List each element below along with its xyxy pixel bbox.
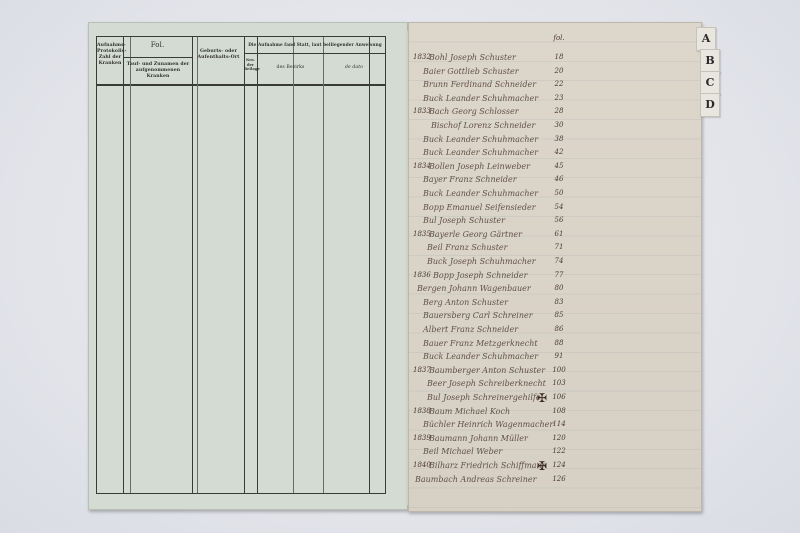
entry-name: Beer Joseph Schreiberknecht	[427, 379, 546, 388]
entry-name: Buck Joseph Schuhmacher	[427, 257, 536, 266]
entry-name: Bergen Johann Wagenbauer	[417, 284, 531, 293]
entry-folio-number: 71	[552, 243, 566, 251]
entry-name: Beil Michael Weber	[423, 447, 502, 456]
entry-year: 1836	[413, 271, 431, 279]
ledger-table: Aufnahms-Protokolls-Zahl der Kranken Fol…	[96, 36, 386, 494]
entry-folio-number: 88	[552, 339, 566, 347]
entry-name: Baumann Johann Müller	[429, 434, 528, 443]
column-divider	[197, 37, 198, 493]
entry-folio-number: 38	[552, 135, 566, 143]
column-divider	[192, 37, 193, 493]
entry-name: Baumberger Anton Schuster	[429, 366, 545, 375]
entry-name: Bopp Joseph Schneider	[433, 271, 527, 280]
index-tab-b[interactable]: B	[700, 49, 720, 73]
entry-folio-number: 103	[552, 379, 566, 387]
entry-name: Beil Franz Schuster	[427, 243, 507, 252]
entry-name: Bopp Emanuel Seifensieder	[423, 203, 536, 212]
entry-folio-number: 108	[552, 407, 566, 415]
column-divider	[130, 37, 131, 493]
entry-name: Bul Joseph Schuster	[423, 216, 505, 225]
entry-folio-number: 83	[552, 298, 566, 306]
entry-folio-number: 56	[552, 216, 566, 224]
index-tab-c[interactable]: C	[700, 71, 720, 95]
entry-folio-number: 20	[552, 67, 566, 75]
column-divider	[123, 37, 124, 493]
column-divider	[293, 37, 294, 493]
header-name: Tauf- und Zunamen der aufgenommenen Kran…	[125, 62, 191, 80]
entry-folio-number: 122	[552, 447, 566, 455]
header-enclosure-no: Nro. der Beilage	[244, 58, 257, 72]
entry-folio-number: 46	[552, 175, 566, 183]
entry-folio-number: 54	[552, 203, 566, 211]
entry-name: Baum Michael Koch	[429, 407, 510, 416]
entry-name: Bul Joseph Schreinergehilfe	[427, 393, 541, 402]
entry-name: Berg Anton Schuster	[423, 298, 508, 307]
header-admission-group: Die Aufnahme fand Statt, laut beiliegend…	[245, 42, 385, 48]
entry-name: Buck Leander Schuhmacher	[423, 94, 538, 103]
entry-folio-number: 42	[552, 148, 566, 156]
entry-folio-number: 18	[552, 53, 566, 61]
entry-folio-number: 45	[552, 162, 566, 170]
entry-name: Bollen Joseph Leinweber	[429, 162, 530, 171]
left-page-printed-form: Aufnahms-Protokolls-Zahl der Kranken Fol…	[88, 22, 408, 510]
entry-folio-number: 22	[552, 80, 566, 88]
header-birthplace: Geburts- oder Aufenthalts-Ort	[194, 49, 243, 61]
entry-name: Büchler Heinrich Wagenmacher	[423, 420, 553, 429]
entry-name: Bauer Franz Metzgerknecht	[423, 339, 538, 348]
header-subdivider	[244, 53, 385, 54]
entry-name: Brunn Ferdinand Schneider	[423, 80, 536, 89]
entry-folio-number: 126	[552, 475, 566, 483]
entry-name: Buck Leander Schuhmacher	[423, 135, 538, 144]
entry-name: Bauersberg Carl Schreiner	[423, 311, 533, 320]
entry-folio-number: 28	[552, 107, 566, 115]
entry-folio-number: 77	[552, 271, 566, 279]
column-divider	[369, 37, 370, 493]
entry-folio-number: 124	[552, 461, 566, 469]
column-divider	[257, 37, 258, 493]
index-entry: Baumbach Andreas Schreiner126	[409, 472, 701, 491]
entry-folio-number: 61	[552, 230, 566, 238]
header-dated: de dato	[323, 65, 385, 71]
entry-name: Bach Georg Schlosser	[429, 107, 519, 116]
entry-name: Buck Leander Schuhmacher	[423, 189, 538, 198]
entry-folio-number: 80	[552, 284, 566, 292]
entry-folio-number: 114	[552, 420, 566, 428]
entry-folio-number: 50	[552, 189, 566, 197]
entry-name: Bischof Lorenz Schneider	[431, 121, 535, 130]
entry-name: Bohl Joseph Schuster	[429, 53, 516, 62]
right-page-handwritten-index: fol. 1832Bohl Joseph Schuster18Baier Got…	[408, 22, 702, 512]
entry-folio-number: 23	[552, 94, 566, 102]
column-divider	[244, 37, 245, 493]
entry-name: Buck Leander Schuhmacher	[423, 148, 538, 157]
entry-name: Buck Leander Schuhmacher	[423, 352, 538, 361]
entry-folio-number: 30	[552, 121, 566, 129]
entry-folio-number: 91	[552, 352, 566, 360]
index-tab-a[interactable]: A	[696, 27, 716, 51]
entry-name: Bayer Franz Schneider	[423, 175, 517, 184]
entry-folio-number: 74	[552, 257, 566, 265]
entry-name: Baumbach Andreas Schreiner	[415, 475, 536, 484]
header-district: des Bezirks	[258, 65, 323, 71]
entry-folio-number: 106	[552, 393, 566, 401]
entry-folio-number: 100	[552, 366, 566, 374]
header-subdivider	[123, 57, 192, 58]
header-fol: Fol.	[123, 42, 192, 48]
entry-folio-number: 85	[552, 311, 566, 319]
entry-folio-number: 86	[552, 325, 566, 333]
index-tab-d[interactable]: D	[700, 93, 720, 117]
entry-name: Albert Franz Schneider	[423, 325, 518, 334]
entry-folio-number: 120	[552, 434, 566, 442]
entry-name: Bayerle Georg Gärtner	[429, 230, 522, 239]
entry-name: Baier Gottlieb Schuster	[423, 67, 519, 76]
column-divider	[323, 37, 324, 493]
fol-column-header: fol.	[409, 31, 701, 50]
entry-name: Bilharz Friedrich Schiffmann	[429, 461, 547, 470]
header-protocol-number: Aufnahms-Protokolls-Zahl der Kranken	[97, 43, 123, 67]
